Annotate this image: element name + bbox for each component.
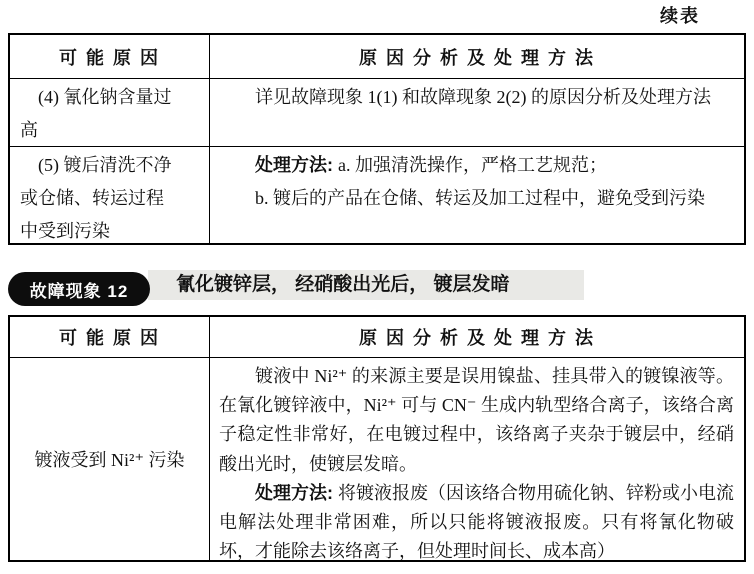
cause-text: (5) 镀后清洗不净或仓储、转运过程中受到污染 xyxy=(20,149,175,243)
table1-header-row: 可 能 原 因 原 因 分 析 及 处 理 方 法 xyxy=(10,35,744,78)
table1-row1-analysis-cell: 详见故障现象 1(1) 和故障现象 2(2) 的原因分析及处理方法 xyxy=(210,79,744,146)
document-page: 续表 可 能 原 因 原 因 分 析 及 处 理 方 法 (4) 氰化钠含量过高… xyxy=(0,0,754,574)
fault-title: 氰化镀锌层， 经硝酸出光后， 镀层发暗 xyxy=(176,270,510,300)
cause-text: 镀液受到 Ni²⁺ 污染 xyxy=(35,446,185,472)
analysis-text: 详见故障现象 1(1) 和故障现象 2(2) 的原因分析及处理方法 xyxy=(255,87,711,107)
analysis-paragraph: 镀液中 Ni²⁺ 的来源主要是误用镍盐、挂具带入的镀镍液等。在氰化镀锌液中，Ni… xyxy=(219,362,734,479)
fault-banner: 故障现象 12 氰化镀锌层， 经硝酸出光后， 镀层发暗 xyxy=(8,269,746,307)
analysis-paragraph: 处理方法: a. 加强清洗操作，严格工艺规范； xyxy=(219,149,734,182)
table1-row2-cause-cell: (5) 镀后清洗不净或仓储、转运过程中受到污染 xyxy=(10,147,210,243)
table1-header-analysis: 原 因 分 析 及 处 理 方 法 xyxy=(210,35,744,78)
table1-header-cause: 可 能 原 因 xyxy=(10,35,210,78)
table2-row1-analysis-cell: 镀液中 Ni²⁺ 的来源主要是误用镍盐、挂具带入的镀镍液等。在氰化镀锌液中，Ni… xyxy=(210,358,744,560)
fault-table-12: 可 能 原 因 原 因 分 析 及 处 理 方 法 镀液受到 Ni²⁺ 污染 镀… xyxy=(8,315,746,562)
table2-row1-cause-cell: 镀液受到 Ni²⁺ 污染 xyxy=(10,358,210,560)
fault-number-badge: 故障现象 12 xyxy=(8,272,150,306)
analysis-paragraph: 处理方法: 将镀液报废（因该络合物用硫化钠、锌粉或小电流电解法处理非常困难，所以… xyxy=(219,479,734,560)
analysis-text: a. 加强清洗操作，严格工艺规范； xyxy=(338,155,607,175)
continued-table-label: 续表 xyxy=(660,2,700,28)
fault-table-continued: 可 能 原 因 原 因 分 析 及 处 理 方 法 (4) 氰化钠含量过高 详见… xyxy=(8,33,746,245)
analysis-paragraph: 详见故障现象 1(1) 和故障现象 2(2) 的原因分析及处理方法 xyxy=(219,81,734,114)
table-row: 镀液受到 Ni²⁺ 污染 镀液中 Ni²⁺ 的来源主要是误用镍盐、挂具带入的镀镍… xyxy=(10,357,744,560)
analysis-paragraph: b. 镀后的产品在仓储、转运及加工过程中，避免受到污染 xyxy=(219,182,734,215)
cause-text: (4) 氰化钠含量过高 xyxy=(20,81,175,146)
table-row: (5) 镀后清洗不净或仓储、转运过程中受到污染 处理方法: a. 加强清洗操作，… xyxy=(10,146,744,243)
table2-header-analysis: 原 因 分 析 及 处 理 方 法 xyxy=(210,317,744,357)
analysis-text: b. 镀后的产品在仓储、转运及加工过程中，避免受到污染 xyxy=(255,188,705,208)
table-row: (4) 氰化钠含量过高 详见故障现象 1(1) 和故障现象 2(2) 的原因分析… xyxy=(10,78,744,146)
analysis-bold-prefix: 处理方法: xyxy=(255,483,338,503)
table1-row2-analysis-cell: 处理方法: a. 加强清洗操作，严格工艺规范； b. 镀后的产品在仓储、转运及加… xyxy=(210,147,744,243)
analysis-bold-prefix: 处理方法: xyxy=(255,155,338,175)
analysis-text: 镀液中 Ni²⁺ 的来源主要是误用镍盐、挂具带入的镀镍液等。在氰化镀锌液中，Ni… xyxy=(219,366,734,474)
table1-row1-cause-cell: (4) 氰化钠含量过高 xyxy=(10,79,210,146)
table2-header-row: 可 能 原 因 原 因 分 析 及 处 理 方 法 xyxy=(10,317,744,357)
table2-header-cause: 可 能 原 因 xyxy=(10,317,210,357)
